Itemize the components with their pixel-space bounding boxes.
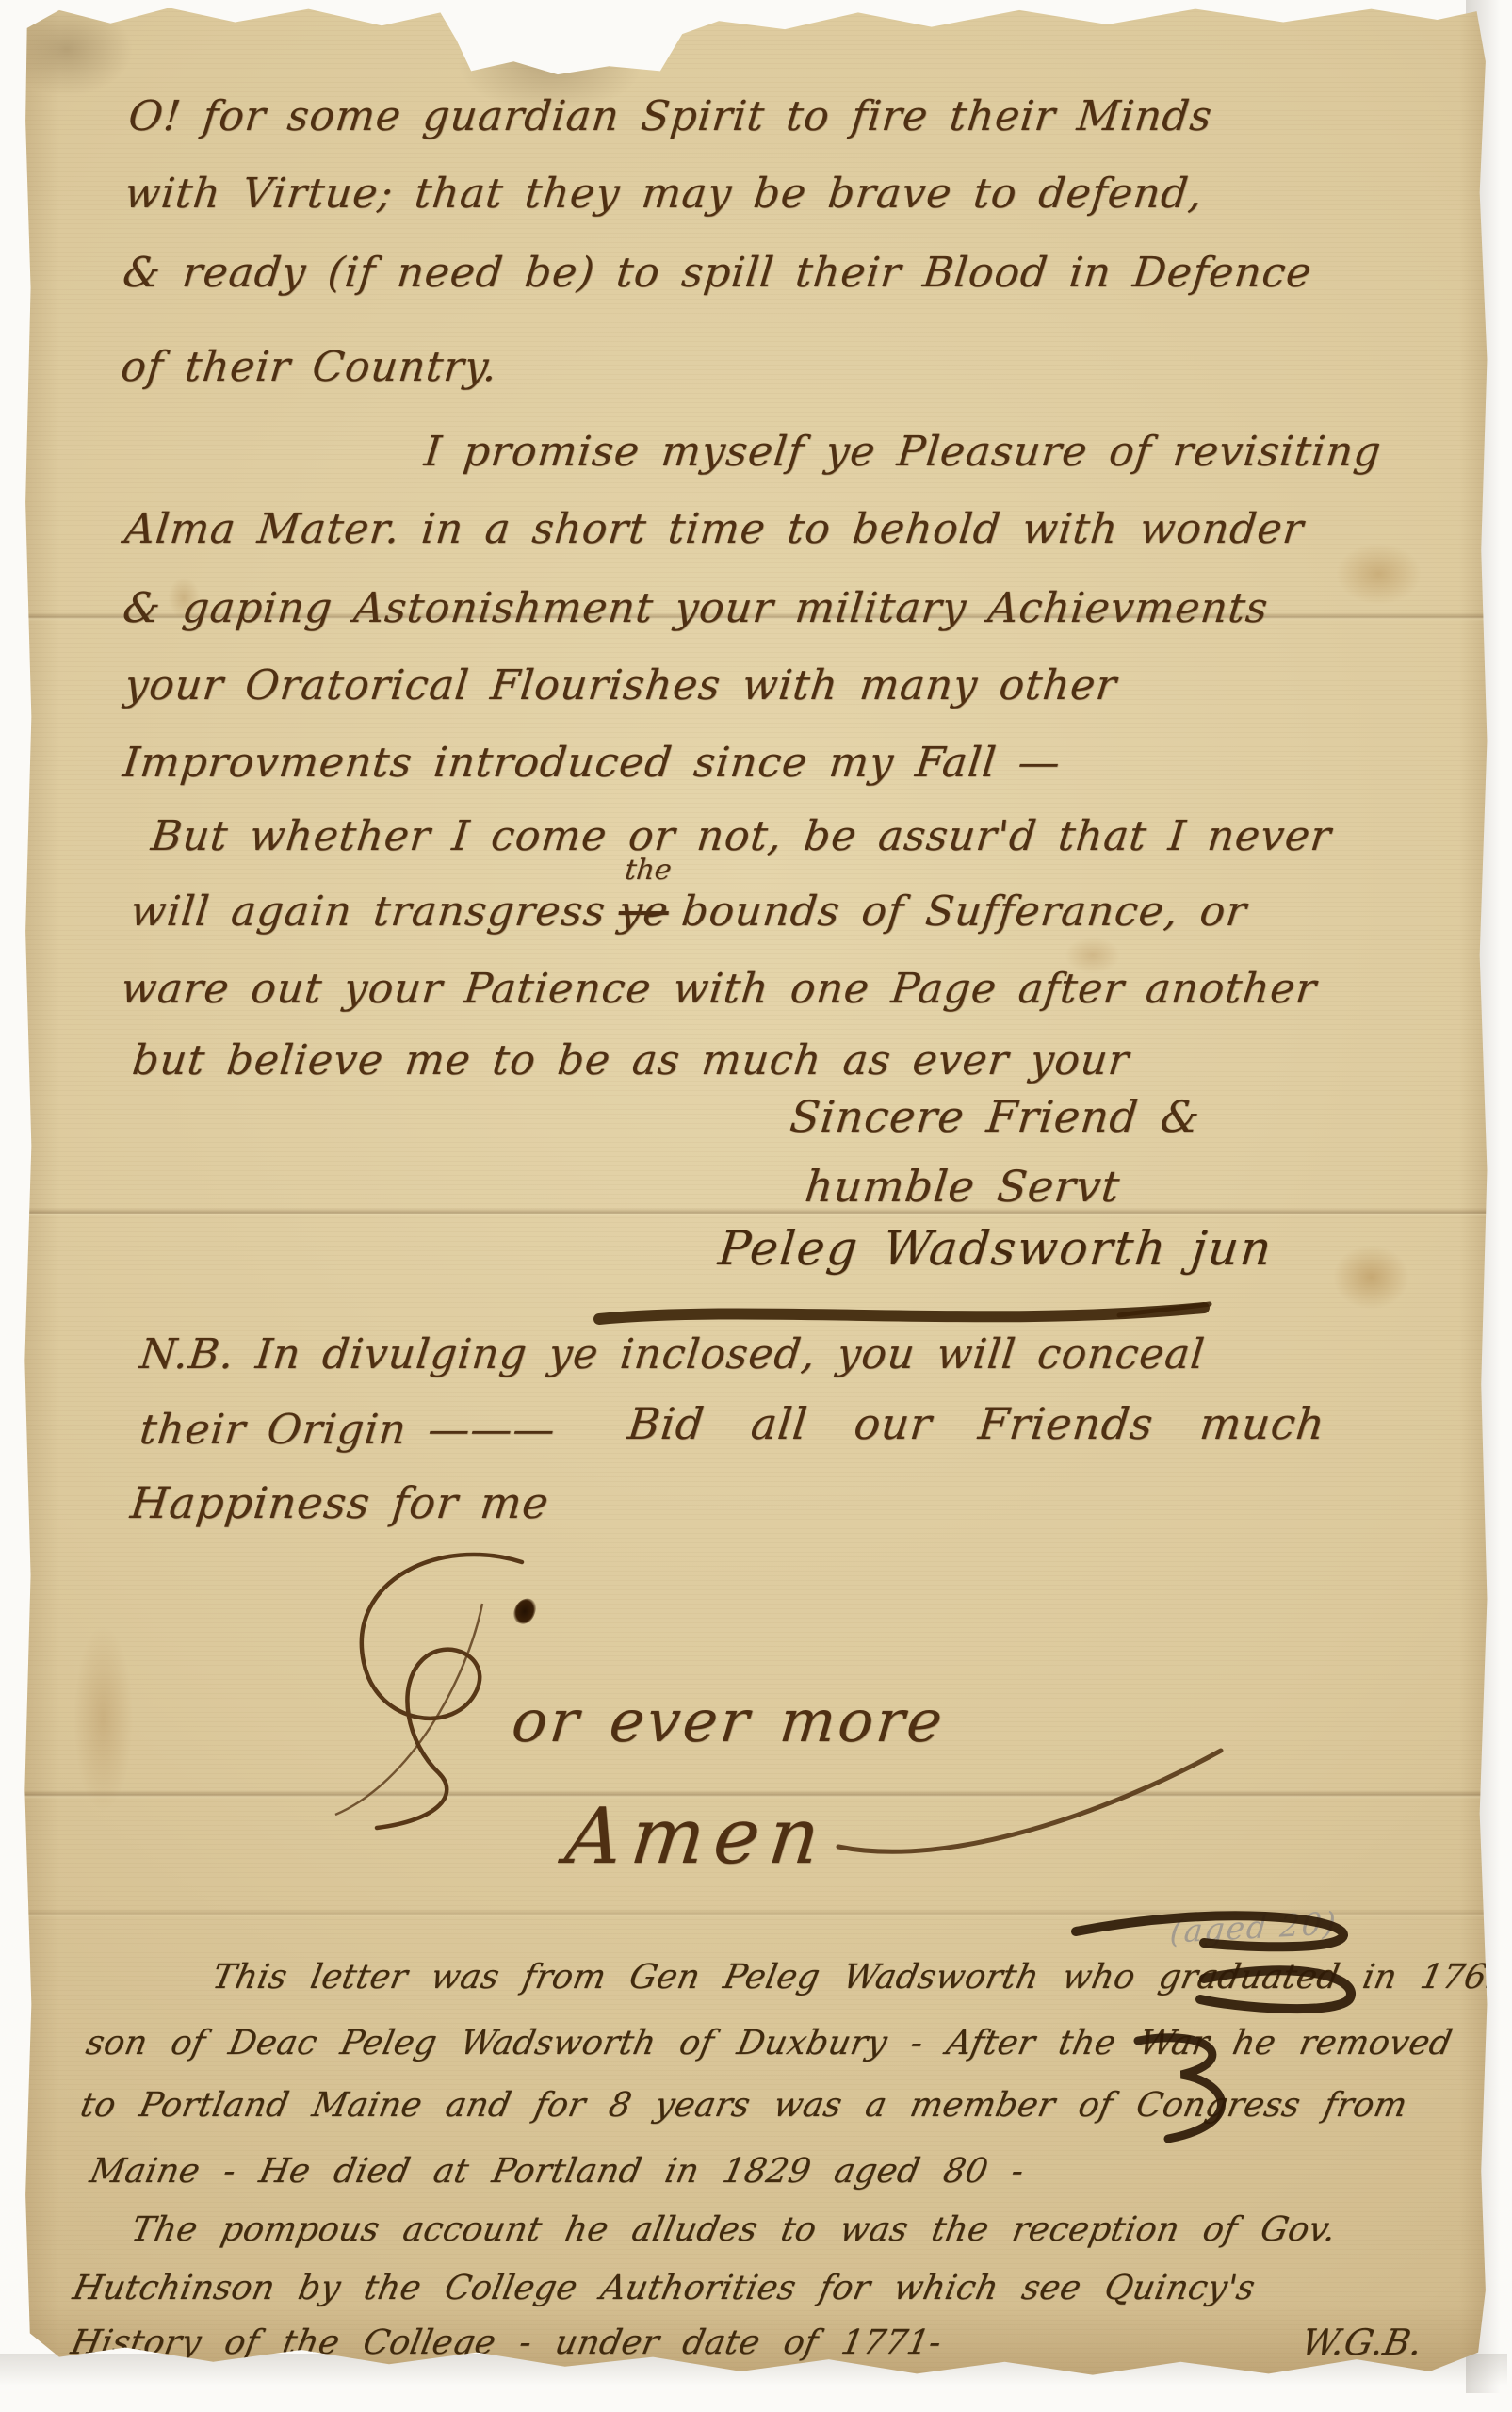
letter-line: I promise myself ye Pleasure of revisiti… <box>422 428 1384 476</box>
photograph-backdrop: { "palette": { "backdrop": "#fbfaf7", "p… <box>0 0 1512 2412</box>
amen-line: Amen <box>561 1792 833 1882</box>
annotation-line: Maine - He died at Portland in 1829 aged… <box>87 2152 1027 2191</box>
fold-crease <box>23 1208 1488 1216</box>
capital-f-swash <box>298 1547 552 1839</box>
postscript-line: Bid all our Friends much <box>626 1398 1327 1449</box>
letter-line: But whether I come or not, be assur'd th… <box>149 812 1334 860</box>
signature-underline-flourish <box>592 1300 1217 1334</box>
annotation-line: History of the College - under date of 1… <box>68 2323 945 2362</box>
struck-word: ye <box>616 888 671 936</box>
annotation-line: son of Deac Peleg Wadsworth of Duxbury -… <box>83 2024 1455 2062</box>
postscript-line: N.B. In divulging ye inclosed, you will … <box>138 1330 1208 1378</box>
amended-after: bounds of Sufferance, or <box>679 888 1249 936</box>
letter-line: Improvments introduced since my Fall — <box>121 739 1063 787</box>
annotator-initials: W.G.B. <box>1298 2322 1426 2363</box>
signature: Peleg Wadsworth jun <box>716 1221 1276 1276</box>
annotation-flourish <box>1123 2028 1245 2155</box>
closing-line: Sincere Friend & <box>788 1091 1203 1142</box>
annotation-flourish <box>1063 1913 1364 2021</box>
letter-line: O! for some guardian Spirit to fire thei… <box>126 92 1214 140</box>
letter-line: ware out your Patience with one Page aft… <box>119 965 1319 1013</box>
letter-line: of their Country. <box>119 343 500 391</box>
amendment: yethe <box>616 888 671 936</box>
annotation-line: Hutchinson by the College Authorities fo… <box>70 2269 1259 2307</box>
letter-line: your Oratorical Flourishes with many oth… <box>122 661 1119 709</box>
letter-line: & gaping Astonishment your military Achi… <box>121 584 1271 632</box>
postscript-line: Happiness for me <box>128 1477 552 1528</box>
closing-line: humble Servt <box>803 1161 1123 1212</box>
postscript-line: their Origin ——— <box>138 1406 558 1454</box>
annotation-line: The pompous account he alludes to was th… <box>128 2210 1340 2249</box>
letter-line: but believe me to be as much as ever you… <box>130 1036 1131 1084</box>
letter-line: & ready (if need be) to spill their Bloo… <box>121 249 1314 297</box>
letter-sheet: O! for some guardian Spirit to fire thei… <box>23 2 1488 2386</box>
amended-before: will again transgress <box>128 888 609 936</box>
letter-line-amended: will again transgressyethebounds of Suff… <box>128 888 1249 936</box>
letter-line: Alma Mater. in a short time to behold wi… <box>122 505 1306 553</box>
inserted-word: the <box>624 854 674 887</box>
letter-line: with Virtue; that they may be brave to d… <box>122 170 1205 218</box>
amen-swash <box>829 1745 1234 1867</box>
